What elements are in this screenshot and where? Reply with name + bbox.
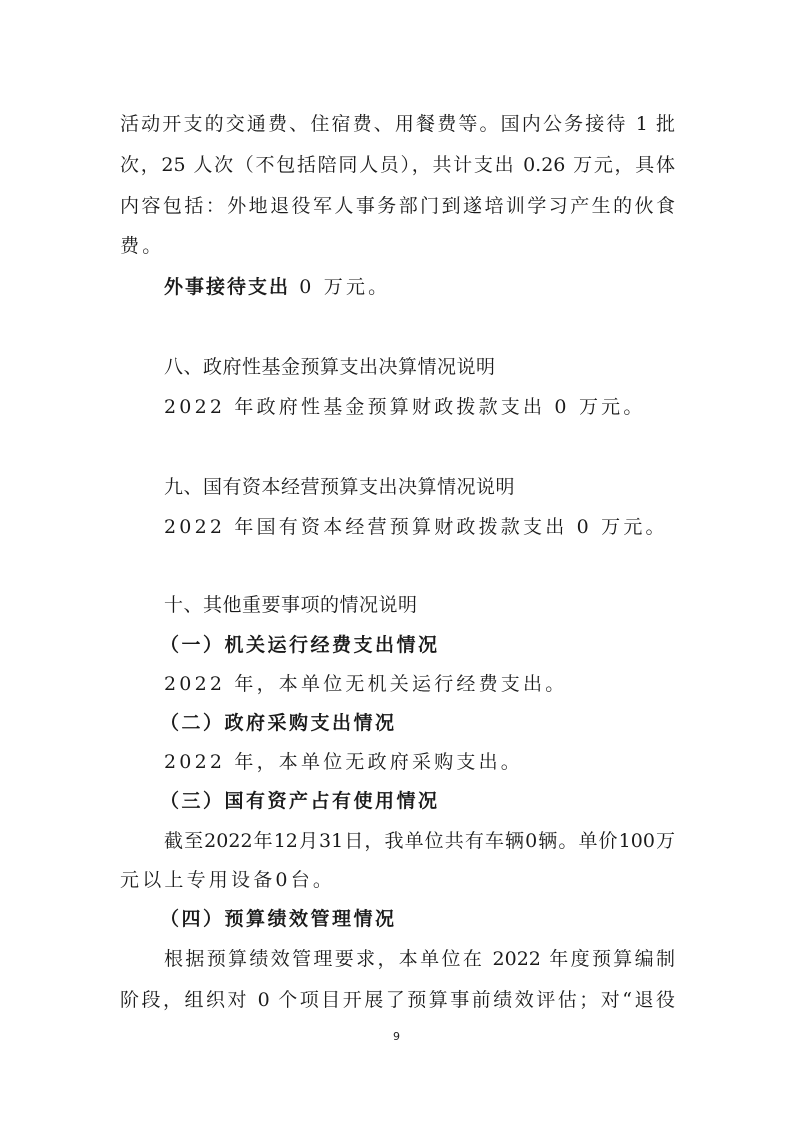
paragraph-line: 阶段，组织对 0 个项目开展了预算事前绩效评估；对“退役 bbox=[120, 988, 675, 1012]
paragraph-line: 2022 年国有资本经营预算财政拨款支出 0 万元。 bbox=[164, 515, 675, 539]
paragraph-line: 次，25 人次（不包括陪同人员），共计支出 0.26 万元，具体 bbox=[120, 153, 675, 177]
subsection-heading-3: （三）国有资产占有使用情况 bbox=[160, 789, 715, 813]
paragraph-line: 2022 年，本单位无机关运行经费支出。 bbox=[164, 672, 675, 696]
foreign-reception-label: 外事接待支出 bbox=[164, 276, 290, 298]
paragraph-line: 内容包括：外地退役军人事务部门到遂培训学习产生的伙食 bbox=[120, 194, 675, 218]
paragraph-line: 元以上专用设备0台。 bbox=[120, 868, 675, 892]
paragraph-line: 费。 bbox=[120, 234, 675, 258]
paragraph-line: 2022 年政府性基金预算财政拨款支出 0 万元。 bbox=[164, 395, 675, 419]
page-number: 9 bbox=[0, 1030, 793, 1043]
paragraph-line: 根据预算绩效管理要求，本单位在 2022 年度预算编制 bbox=[164, 947, 675, 971]
foreign-reception-value: 0 万元。 bbox=[290, 276, 390, 298]
subsection-heading-1: （一）机关运行经费支出情况 bbox=[160, 633, 715, 657]
section-heading-10: 十、其他重要事项的情况说明 bbox=[164, 593, 719, 617]
paragraph-line: 2022 年，本单位无政府采购支出。 bbox=[164, 750, 675, 774]
subsection-heading-2: （二）政府采购支出情况 bbox=[160, 711, 715, 735]
section-heading-8: 八、政府性基金预算支出决算情况说明 bbox=[164, 355, 719, 379]
paragraph-line: 活动开支的交通费、住宿费、用餐费等。国内公务接待 1 批 bbox=[120, 112, 675, 136]
section-heading-9: 九、国有资本经营预算支出决算情况说明 bbox=[164, 475, 719, 499]
foreign-reception-line: 外事接待支出 0 万元。 bbox=[164, 275, 675, 299]
paragraph-line: 截至2022年12月31日，我单位共有车辆0辆。单价100万 bbox=[164, 829, 675, 853]
subsection-heading-4: （四）预算绩效管理情况 bbox=[160, 907, 715, 931]
